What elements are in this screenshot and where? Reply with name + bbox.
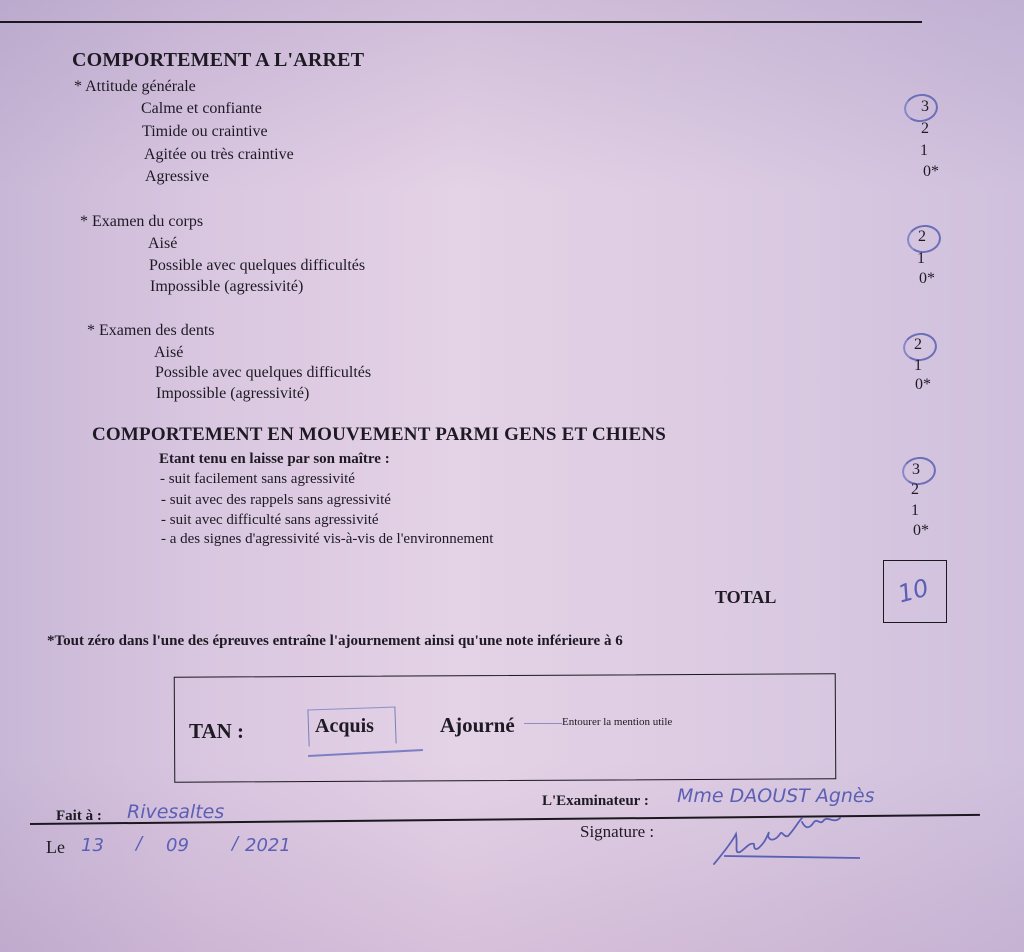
score-value: 0* [910, 376, 936, 394]
option-text: Impossible (agressivité) [156, 385, 309, 403]
option-text: Aisé [148, 235, 177, 253]
examinateur-label: L'Examinateur : [542, 793, 649, 810]
date-label: Le [46, 837, 65, 858]
group-label-dents: * Examen des dents [87, 322, 215, 340]
option-text: - suit facilement sans agressivité [160, 471, 355, 488]
tan-option-acquis[interactable]: Acquis [315, 715, 374, 738]
ink-stroke [524, 723, 562, 724]
section-subtitle: Etant tenu en laisse par son maître : [159, 451, 390, 468]
date-month[interactable]: 09 [166, 835, 189, 856]
score-value: 1 [911, 250, 931, 268]
score-value: 2 [908, 336, 928, 354]
fait-a-value[interactable]: Rivesaltes [127, 801, 224, 823]
option-text: Impossible (agressivité) [150, 278, 303, 296]
score-value: 3 [915, 98, 935, 116]
tan-instruction: Entourer la mention utile [562, 716, 672, 728]
date-day[interactable]: 13 [81, 835, 104, 856]
total-box[interactable]: 10 [883, 560, 947, 623]
option-text: - suit avec des rappels sans agressivité [161, 492, 391, 509]
option-text: Possible avec quelques difficultés [149, 257, 365, 275]
option-text: Calme et confiante [141, 100, 262, 118]
date-year[interactable]: 2021 [245, 835, 291, 856]
total-label: TOTAL [715, 587, 776, 608]
option-text: Aisé [154, 344, 183, 362]
option-text: Agitée ou très craintive [144, 146, 294, 164]
footnote: *Tout zéro dans l'une des épreuves entra… [47, 633, 623, 650]
score-value: 1 [905, 502, 925, 520]
date-separator: / [232, 833, 238, 854]
signature-mark[interactable] [710, 812, 860, 872]
score-value: 0* [918, 163, 944, 181]
option-text: Possible avec quelques difficultés [155, 364, 371, 382]
tan-option-ajourne[interactable]: Ajourné [440, 713, 515, 738]
option-text: Timide ou craintive [142, 123, 268, 141]
option-text: Agressive [145, 168, 209, 186]
score-value: 1 [914, 142, 934, 160]
tan-label: TAN : [189, 719, 244, 744]
section-title-mouvement: COMPORTEMENT EN MOUVEMENT PARMI GENS ET … [92, 424, 666, 446]
group-label-attitude: * Attitude générale [74, 78, 196, 96]
score-value: 0* [914, 270, 940, 288]
signature-label: Signature : [580, 822, 654, 842]
group-label-corps: * Examen du corps [80, 213, 203, 231]
option-text: - a des signes d'agressivité vis-à-vis d… [161, 531, 493, 548]
total-value: 10 [895, 574, 932, 609]
examinateur-value[interactable]: Mme DAOUST Agnès [677, 785, 875, 807]
score-value: 2 [915, 120, 935, 138]
date-separator: / [136, 833, 142, 854]
score-value: 2 [912, 228, 932, 246]
score-value: 2 [905, 481, 925, 499]
score-value: 0* [908, 522, 934, 540]
section-title-arret: COMPORTEMENT A L'ARRET [72, 49, 364, 72]
score-value: 3 [906, 461, 926, 479]
top-rule [0, 21, 922, 23]
option-text: - suit avec difficulté sans agressivité [161, 512, 379, 529]
score-value: 1 [908, 357, 928, 375]
